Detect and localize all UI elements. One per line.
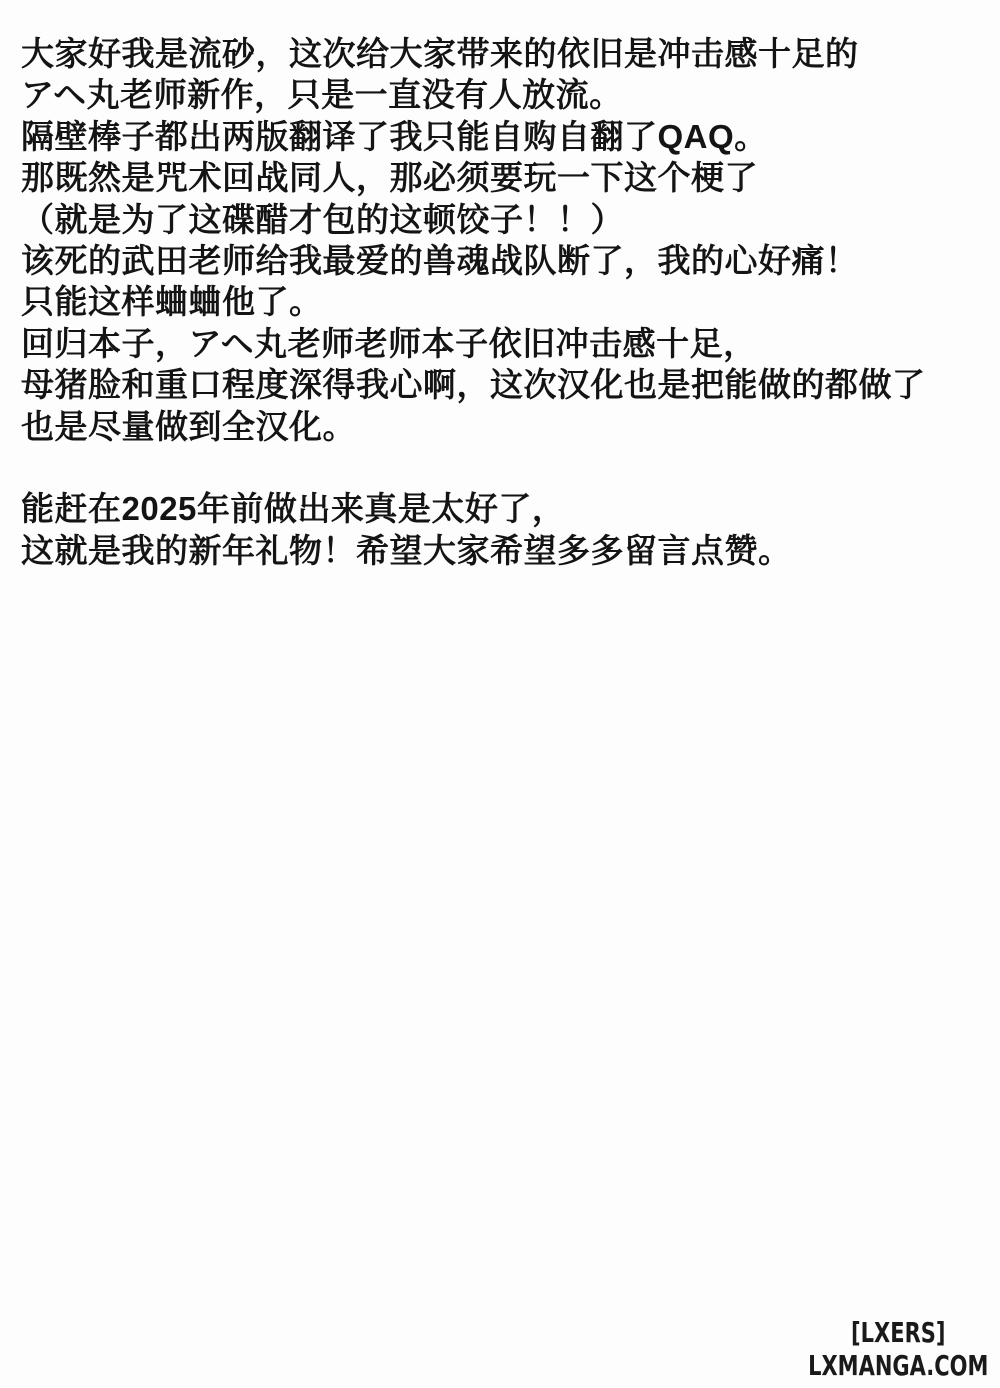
note-line: 也是尽量做到全汉化。 <box>21 406 992 447</box>
note-line: 这就是我的新年礼物！希望大家希望多多留言点赞。 <box>21 530 992 571</box>
note-line: 只能这样蛐蛐他了。 <box>21 281 992 322</box>
note-line: 大家好我是流砂，这次给大家带来的依旧是冲击感十足的 <box>21 33 992 74</box>
scanlator-note-page: 大家好我是流砂，这次给大家带来的依旧是冲击感十足的 アヘ丸老师新作，只是一直没有… <box>0 0 1000 1388</box>
note-line: 该死的武田老师给我最爱的兽魂战队断了，我的心好痛！ <box>21 240 992 281</box>
site-watermark: [LXERS] LXMANGA.COM <box>808 1316 988 1382</box>
watermark-site-name: LXMANGA.COM <box>808 1349 988 1382</box>
note-line: 能赶在2025年前做出来真是太好了， <box>21 488 992 529</box>
note-line: 回归本子，アヘ丸老师老师本子依旧冲击感十足， <box>21 323 992 364</box>
note-blank-line <box>21 447 992 488</box>
translator-note-text: 大家好我是流砂，这次给大家带来的依旧是冲击感十足的 アヘ丸老师新作，只是一直没有… <box>21 33 992 571</box>
note-line: 那既然是咒术回战同人，那必须要玩一下这个梗了 <box>21 157 992 198</box>
note-line: 母猪脸和重口程度深得我心啊，这次汉化也是把能做的都做了 <box>21 364 992 405</box>
note-line: アヘ丸老师新作，只是一直没有人放流。 <box>21 74 992 115</box>
note-line: （就是为了这碟醋才包的这顿饺子！！） <box>21 199 992 240</box>
note-line: 隔壁棒子都出两版翻译了我只能自购自翻了QAQ。 <box>21 116 992 157</box>
watermark-group-tag: [LXERS] <box>808 1316 988 1349</box>
